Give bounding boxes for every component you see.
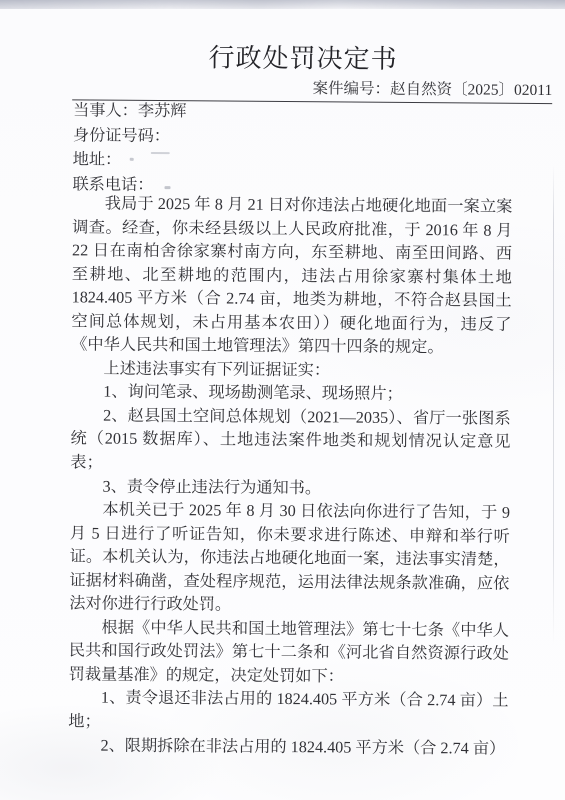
- para-notification: 本机关已于 2025 年 8 月 30 日依法向你进行了告知，于 9 月 5 日…: [69, 498, 510, 619]
- document-sheet: 行政处罚决定书 案件编号：赵自然资〔2025〕02011 当事人：李苏辉 身份证…: [0, 0, 565, 800]
- erased-text-mark: [164, 186, 170, 189]
- penalty-item-2: 2、限期拆除在非法占用的 1824.405 平方米（合 2.74 亩）: [68, 734, 508, 761]
- party-name-row: 当事人：李苏辉: [73, 98, 513, 126]
- document-title: 行政处罚决定书: [38, 36, 565, 77]
- para-evidence-intro: 上述违法事实有下列证据证实：: [71, 357, 511, 384]
- party-id-label: 身份证号码：: [73, 126, 170, 145]
- para-legal-basis: 根据《中华人民共和国土地管理法》第七十七条《中华人民共和国行政处罚法》第七十二条…: [69, 616, 510, 690]
- party-address-label: 地址：: [73, 151, 122, 169]
- case-number-value: 赵自然资〔2025〕02011: [390, 81, 552, 99]
- erased-text-mark: [130, 158, 134, 161]
- scanned-document-page: { "doc": { "title": "行政处罚决定书", "case_no"…: [0, 0, 565, 800]
- case-number-label: 案件编号：: [313, 80, 391, 98]
- party-name-value: 李苏辉: [138, 102, 187, 120]
- party-address-row: 地址：: [73, 148, 513, 176]
- document-body: 我局于 2025 年 8 月 21 日对你违法占地硬化地面一案立案调查。经查，你…: [68, 192, 512, 761]
- erased-text-mark: [151, 152, 170, 154]
- para-case-facts: 我局于 2025 年 8 月 21 日对你违法占地硬化地面一案立案调查。经查，你…: [71, 192, 512, 360]
- evidence-item-1: 1、询问笔录、现场勘测笔录、现场照片；: [71, 381, 511, 408]
- evidence-item-2: 2、赵县国土空间总体规划（2021—2035）、省厅一张图系统（2015 数据库…: [70, 404, 511, 478]
- party-id-row: 身份证号码：: [73, 123, 513, 151]
- penalty-item-1: 1、责令退还非法占用的 1824.405 平方米（合 2.74 亩）土地；: [68, 687, 508, 738]
- party-name-label: 当事人：: [73, 101, 138, 120]
- party-info-block: 当事人：李苏辉 身份证号码： 地址： 联系电话：: [72, 98, 513, 200]
- evidence-item-3: 3、责令停止违法行为通知书。: [70, 475, 510, 502]
- party-phone-label: 联系电话：: [72, 175, 153, 194]
